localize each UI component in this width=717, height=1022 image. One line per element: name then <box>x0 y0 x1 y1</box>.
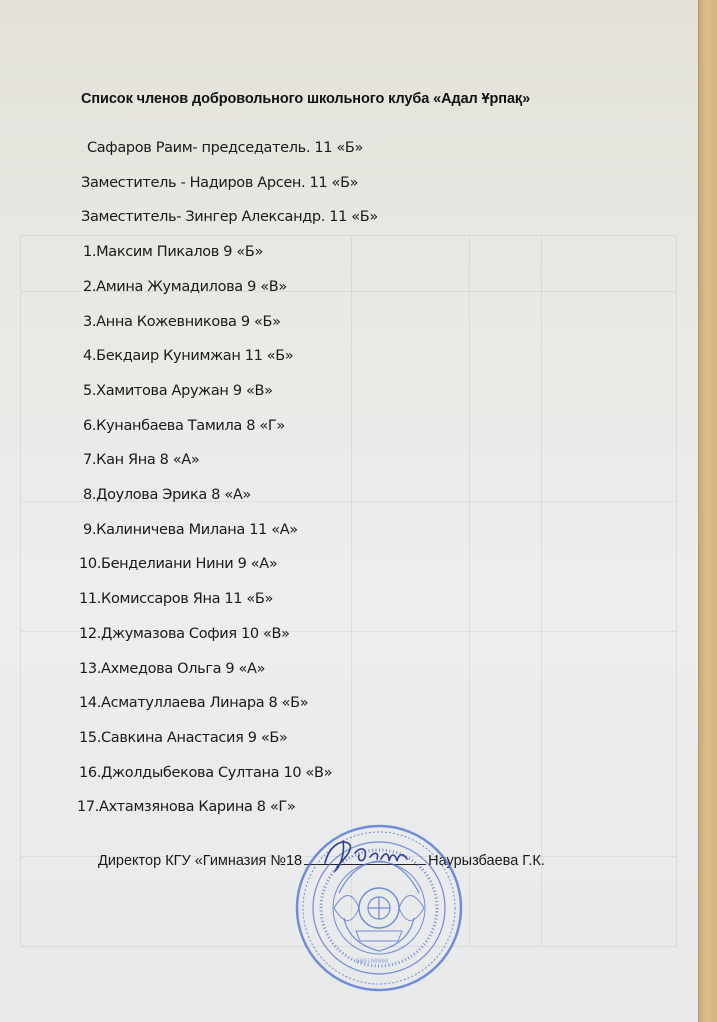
member-list-item: 16.Джолдыбекова Султана 10 «В» <box>79 765 332 781</box>
handwritten-signature-icon <box>315 833 425 873</box>
member-list-item: 5.Хамитова Аружан 9 «В» <box>83 383 273 399</box>
member-list-item: 11.Комиссаров Яна 11 «Б» <box>79 591 273 607</box>
deputy-line: Заместитель - Надиров Арсен. 11 «Б» <box>81 175 358 191</box>
svg-text:000100000: 000100000 <box>356 958 389 965</box>
chairman-line: Сафаров Раим- председатель. 11 «Б» <box>87 140 363 156</box>
member-list-item: 8.Доулова Эрика 8 «А» <box>83 487 251 503</box>
member-list-item: 14.Асматуллаева Линара 8 «Б» <box>79 695 308 711</box>
member-list-item: 4.Бекдаир Кунимжан 11 «Б» <box>83 348 293 364</box>
member-list-item: 1.Максим Пикалов 9 «Б» <box>83 244 263 260</box>
member-list-item: 7.Кан Яна 8 «А» <box>83 452 199 468</box>
member-list-item: 17.Ахтамзянова Карина 8 «Г» <box>77 799 295 815</box>
member-list-item: 3.Анна Кожевникова 9 «Б» <box>83 314 281 330</box>
document-title: Список членов добровольного школьного кл… <box>81 91 530 107</box>
member-list-item: 13.Ахмедова Ольга 9 «А» <box>79 661 265 677</box>
member-list-item: 15.Савкина Анастасия 9 «Б» <box>79 730 288 746</box>
member-list-item: 2.Амина Жумадилова 9 «В» <box>83 279 287 295</box>
member-list-item: 12.Джумазова София 10 «В» <box>79 626 290 642</box>
member-list-item: 9.Калиничева Милана 11 «А» <box>83 522 298 538</box>
document-page: Список членов добровольного школьного кл… <box>0 0 698 1022</box>
wooden-surface-edge <box>698 0 717 1022</box>
deputy-line: Заместитель- Зингер Александр. 11 «Б» <box>81 209 378 225</box>
member-list-item: 6.Кунанбаева Тамила 8 «Г» <box>83 418 285 434</box>
member-list-item: 10.Бенделиани Нини 9 «А» <box>79 556 277 572</box>
director-position: Директор КГУ «Гимназия №18 <box>98 853 302 869</box>
